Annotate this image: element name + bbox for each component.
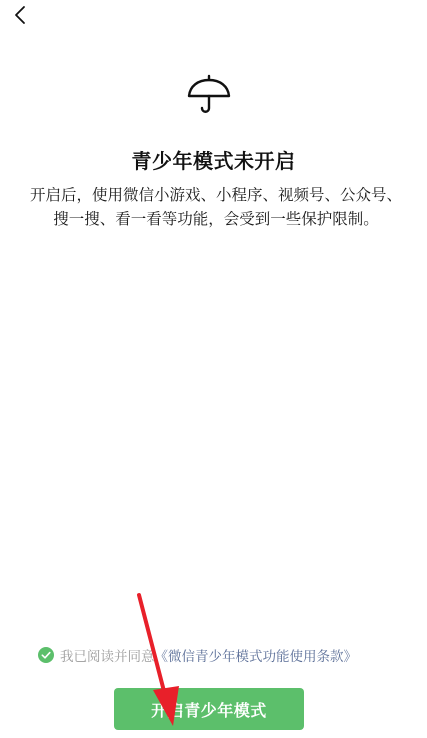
enable-teen-mode-button[interactable]: 开启青少年模式 <box>114 688 304 730</box>
umbrella-icon <box>186 73 232 117</box>
chevron-left-icon <box>14 5 26 25</box>
back-button[interactable] <box>8 2 32 28</box>
agreement-row: 我已阅读并同意 《微信青少年模式功能使用条款》 <box>38 645 357 665</box>
check-circle-icon[interactable] <box>38 647 54 663</box>
description-text: 开启后，使用微信小游戏、小程序、视频号、公众号、搜一搜、看一看等功能，会受到一些… <box>30 183 402 231</box>
agreement-prefix: 我已阅读并同意 <box>60 645 155 665</box>
page-title: 青少年模式未开启 <box>0 145 427 174</box>
terms-link[interactable]: 《微信青少年模式功能使用条款》 <box>155 645 358 665</box>
